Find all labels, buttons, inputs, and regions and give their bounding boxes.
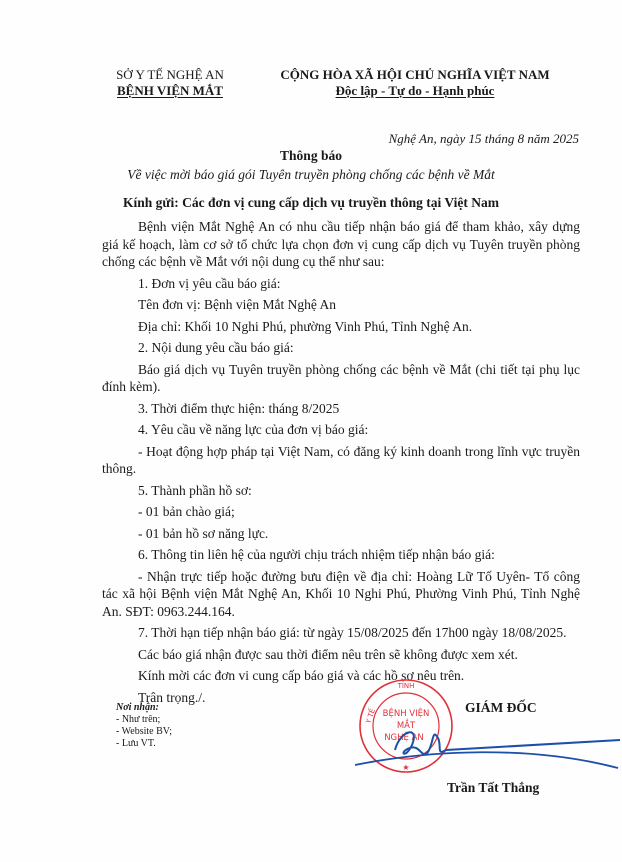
date-line: Nghệ An, ngày 15 tháng 8 năm 2025 (389, 131, 579, 147)
motto: Độc lập - Tự do - Hạnh phúc (250, 83, 580, 99)
signer-position: GIÁM ĐỐC (465, 700, 537, 716)
section-1-title: 1. Đơn vị yêu cầu báo giá: (102, 275, 580, 293)
recipients-block: Nơi nhận: - Như trên; - Website BV; - Lư… (116, 702, 172, 750)
section-2-content: Báo giá dịch vụ Tuyên truyền phòng chống… (102, 361, 580, 396)
recipient-line: Kính gửi: Các đơn vị cung cấp dịch vụ tr… (0, 195, 622, 211)
intro-paragraph: Bệnh viện Mắt Nghệ An có nhu cầu tiếp nh… (102, 218, 580, 271)
document-page: SỞ Y TẾ NGHỆ AN BỆNH VIỆN MẮT CỘNG HÒA X… (0, 0, 622, 862)
agency-name: BỆNH VIỆN MẮT (100, 83, 240, 99)
section-3: 3. Thời điểm thực hiện: tháng 8/2025 (102, 400, 580, 418)
section-4-content: - Hoạt động hợp pháp tại Việt Nam, có đă… (102, 443, 580, 478)
section-4-title: 4. Yêu cầu về năng lực của đơn vị báo gi… (102, 421, 580, 439)
handwritten-signature-icon (350, 720, 622, 780)
section-1-name: Tên đơn vị: Bệnh viện Mắt Nghệ An (102, 296, 580, 314)
recipients-title: Nơi nhận: (116, 702, 172, 714)
issuing-agency-header: SỞ Y TẾ NGHỆ AN BỆNH VIỆN MẮT (100, 67, 240, 99)
section-2-title: 2. Nội dung yêu cầu báo giá: (102, 339, 580, 357)
section-5-item: - 01 bản hồ sơ năng lực. (102, 525, 580, 543)
section-5-title: 5. Thành phần hồ sơ: (102, 482, 580, 500)
recipient-item: - Như trên; (116, 714, 172, 726)
document-subject: Về việc mời báo giá gói Tuyên truyền phò… (0, 167, 622, 183)
document-title: Thông báo (0, 148, 622, 164)
invitation: Kính mời các đơn vi cung cấp báo giá và … (102, 667, 580, 685)
document-body: Bệnh viện Mắt Nghệ An có nhu cầu tiếp nh… (116, 218, 580, 710)
svg-text:BỆNH VIỆN: BỆNH VIỆN (383, 707, 430, 719)
section-5-item: - 01 bản chào giá; (102, 503, 580, 521)
section-1-address: Địa chỉ: Khối 10 Nghi Phú, phường Vinh P… (102, 318, 580, 336)
signer-name: Trần Tất Thắng (447, 780, 539, 796)
national-motto-header: CỘNG HÒA XÃ HỘI CHỦ NGHĨA VIỆT NAM Độc l… (250, 67, 580, 99)
section-6-content: - Nhận trực tiếp hoặc đường bưu điện về … (102, 568, 580, 621)
section-7: 7. Thời hạn tiếp nhận báo giá: từ ngày 1… (102, 624, 580, 642)
section-6-title: 6. Thông tin liên hệ của người chịu trác… (102, 546, 580, 564)
parent-agency: SỞ Y TẾ NGHỆ AN (100, 67, 240, 83)
country-name: CỘNG HÒA XÃ HỘI CHỦ NGHĨA VIỆT NAM (250, 67, 580, 83)
recipient-item: - Website BV; (116, 726, 172, 738)
recipient-item: - Lưu VT. (116, 738, 172, 750)
late-submission-note: Các báo giá nhận được sau thời điểm nêu … (102, 646, 580, 664)
svg-text:TỈNH: TỈNH (397, 681, 415, 690)
